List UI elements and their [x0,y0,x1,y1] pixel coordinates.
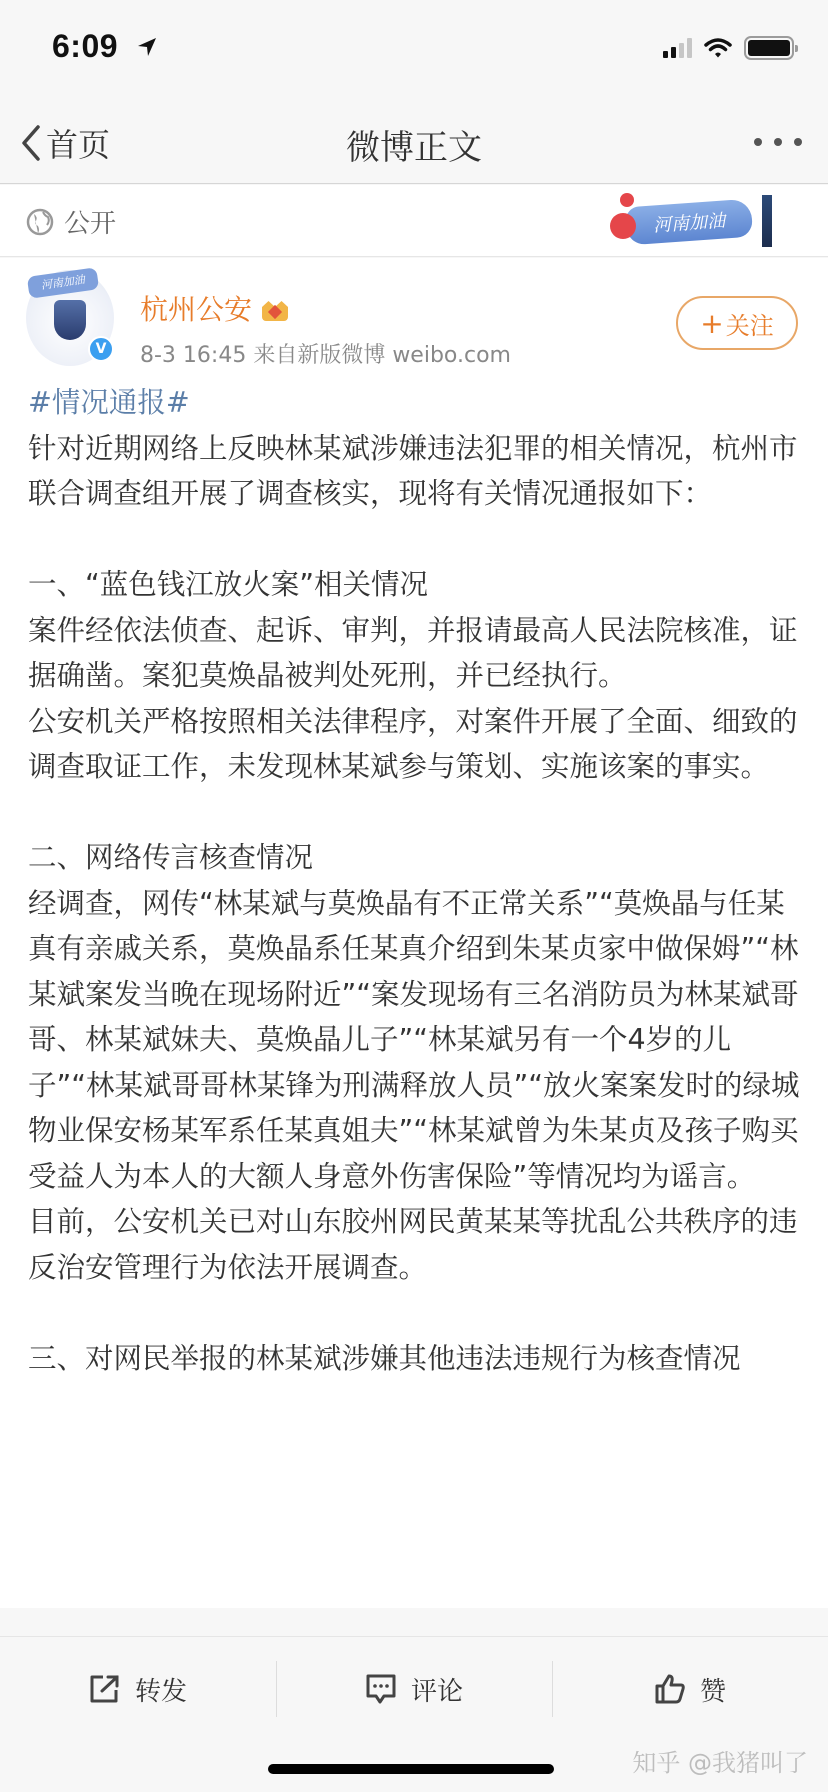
section-heading: 二、网络传言核查情况 [28,835,808,881]
status-bar: 6:09 [0,0,828,100]
paragraph-spacer [28,517,808,563]
more-dot-icon [774,138,782,146]
home-indicator[interactable] [268,1764,554,1774]
comment-icon [365,1673,397,1705]
hashtag-link[interactable]: #情况通报# [28,380,808,426]
watermark: 知乎 @我猪叫了 [632,1743,808,1778]
location-arrow-icon [136,36,158,58]
paragraph-spacer [28,1290,808,1336]
post-meta: 8-3 16:45 来自新版微博 weibo.com [140,338,511,369]
heart-icon [610,213,636,239]
tower-icon [762,195,772,247]
more-options-button[interactable] [754,138,802,146]
navigation-bar: 首页 微博正文 [0,100,828,184]
post-content: #情况通报# 针对近期网络上反映林某斌涉嫌违法犯罪的相关情况，杭州市联合调查组开… [28,380,808,1381]
police-emblem-icon [54,300,86,340]
section-heading: 三、对网民举报的林某斌涉嫌其他违法违规行为核查情况 [28,1336,808,1382]
follow-button[interactable]: + 关注 [676,296,798,350]
page-title: 微博正文 [0,120,828,169]
status-icons [663,36,794,60]
avatar-ribbon: 河南加油 [27,267,99,299]
more-dot-icon [754,138,762,146]
henan-promo-badge[interactable]: 河南加油 [602,191,772,251]
comment-label: 评论 [411,1671,463,1708]
paragraph: 公安机关严格按照相关法律程序，对案件开展了全面、细致的调查取证工作，未发现林某斌… [28,699,808,790]
plus-icon: + [700,307,723,340]
more-dot-icon [794,138,802,146]
avatar[interactable]: 河南加油 V [26,270,114,366]
comment-button[interactable]: 评论 [276,1659,552,1719]
repost-label: 转发 [135,1671,187,1708]
like-button[interactable]: 赞 [552,1659,828,1719]
follow-label: 关注 [726,306,774,341]
thumbs-up-icon [654,1673,686,1705]
crown-icon [260,295,290,321]
globe-icon [26,208,54,236]
paragraph: 经调查，网传“林某斌与莫焕晶有不正常关系”“莫焕晶与任某真有亲戚关系，莫焕晶系任… [28,881,808,1200]
weibo-post: 河南加油 V 杭州公安 8-3 16:45 来自新版微博 weibo.com +… [0,258,828,1608]
paragraph: 目前，公安机关已对山东胶州网民黄某某等扰乱公共秩序的违反治安管理行为依法开展调查… [28,1199,808,1290]
visibility-indicator: 公开 [26,203,116,240]
author-row: 河南加油 V 杭州公安 8-3 16:45 来自新版微博 weibo.com +… [0,258,828,376]
promo-banner-text: 河南加油 [625,199,753,246]
cellular-signal-icon [663,38,692,58]
author-name-text: 杭州公安 [140,288,252,328]
paragraph: 针对近期网络上反映林某斌涉嫌违法犯罪的相关情况，杭州市联合调查组开展了调查核实，… [28,426,808,517]
heart-icon [620,193,634,207]
wifi-icon [704,37,732,59]
battery-icon [744,36,794,60]
repost-button[interactable]: 转发 [0,1659,276,1719]
paragraph-spacer [28,790,808,836]
status-time: 6:09 [52,28,118,65]
author-name[interactable]: 杭州公安 [140,288,290,328]
visibility-row: 公开 河南加油 [0,185,828,257]
visibility-label: 公开 [64,203,116,240]
verified-badge-icon: V [88,336,114,362]
like-label: 赞 [700,1671,726,1708]
share-icon [89,1674,121,1704]
paragraph: 案件经依法侦查、起诉、审判，并报请最高人民法院核准，证据确凿。案犯莫焕晶被判处死… [28,608,808,699]
section-heading: 一、“蓝色钱江放火案”相关情况 [28,562,808,608]
